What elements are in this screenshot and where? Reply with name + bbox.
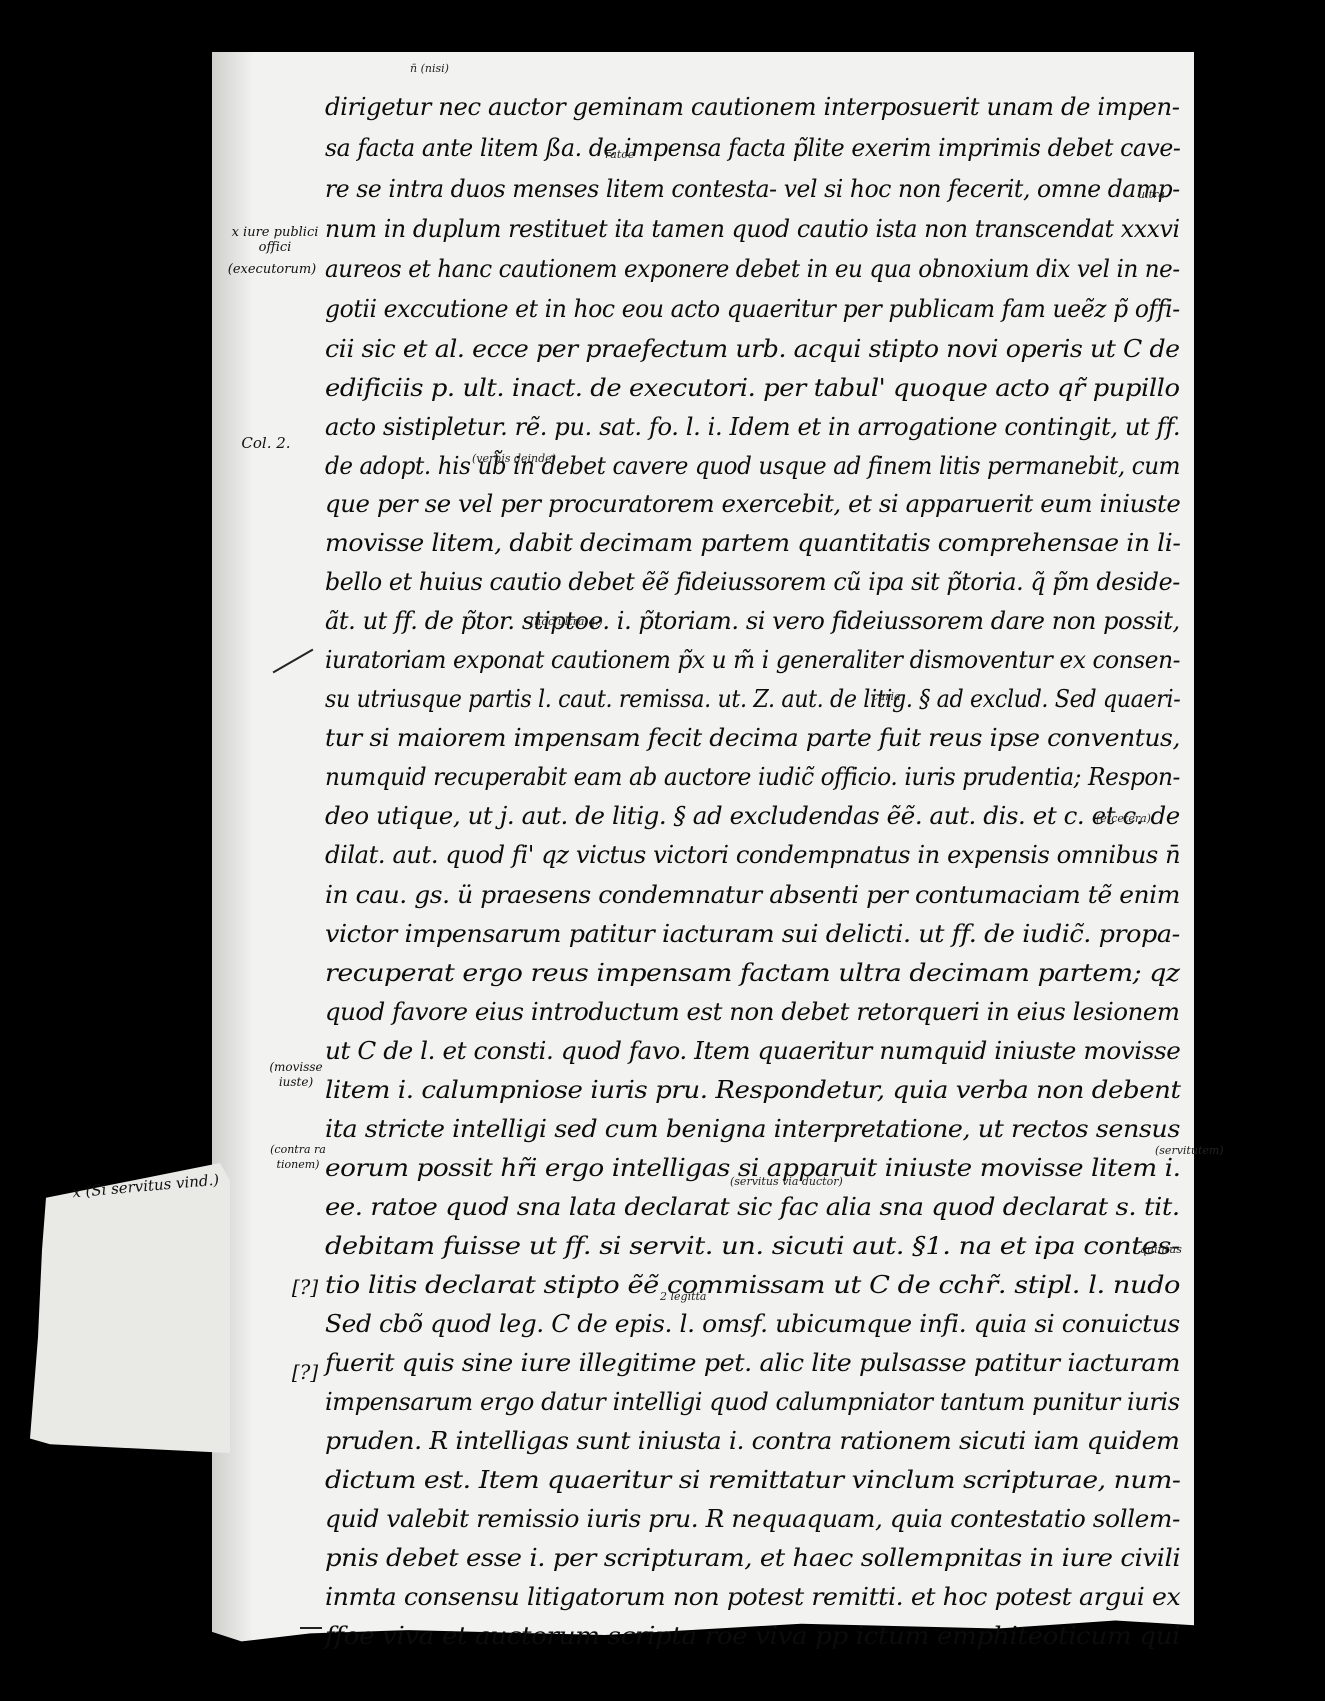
text-line: de adopt. his ub̃ in debet cavere quod u…: [325, 452, 1180, 480]
text-line: cii sic et al. ecce per praefectum urb. …: [325, 335, 1180, 363]
interlinear-gloss: ultra: [1138, 188, 1165, 201]
text-line: re se intra duos menses litem contesta- …: [325, 175, 1180, 203]
text-line: fuerit quis sine iure illegitime pet. al…: [325, 1349, 1180, 1377]
text-line: gotii exccutione et in hoc eou acto quae…: [325, 295, 1180, 323]
text-line: acto sistipletur. rẽ. pu. sat. fo. l. i.…: [325, 413, 1180, 441]
interlinear-gloss: (etcetera): [1096, 812, 1151, 825]
margin-note-query-2: [?]: [290, 1365, 320, 1380]
interlinear-gloss: (servitutem): [1155, 1144, 1224, 1157]
text-line: que per se vel per procuratorem exercebi…: [325, 490, 1180, 518]
text-line: sa facta ante litem ßa. de impensa facta…: [325, 134, 1180, 162]
interlinear-gloss: (verbis deinde): [472, 452, 556, 465]
margin-note-contra-rationem: (contra ra tionem): [268, 1142, 328, 1172]
text-line: ffoe viva et auctorum scripta roe viva p…: [325, 1622, 1180, 1650]
interlinear-gloss: (servitus via ductor): [730, 1175, 843, 1188]
text-line: litem i. calumpniose iuris pru. Responde…: [325, 1076, 1180, 1104]
interlinear-gloss: quintus: [1140, 1243, 1182, 1256]
margin-note-query-1: [?]: [290, 1280, 320, 1295]
text-line: recuperat ergo reus impensam factam ultr…: [325, 959, 1180, 987]
text-line: deo utique, ut j. aut. de litig. § ad ex…: [325, 802, 1180, 830]
margin-note-column: Col. 2.: [236, 436, 296, 451]
interlinear-gloss: curia: [872, 690, 901, 703]
text-line: pruden. R intelligas sunt iniusta i. con…: [325, 1427, 1180, 1455]
text-line: dirigetur nec auctor geminam cautionem i…: [325, 93, 1180, 121]
text-line: debitam fuisse ut ff. si servit. un. sic…: [325, 1232, 1180, 1260]
text-line: quod favore eius introductum est non deb…: [325, 998, 1180, 1026]
text-line: tio litis declarat stipto ẽẽ commissam u…: [325, 1271, 1180, 1299]
interlinear-gloss: 2 legitta: [660, 1290, 706, 1303]
text-line: numquid recuperabit eam ab auctore iudic…: [325, 763, 1180, 791]
margin-note-executorum: (executorum): [226, 262, 318, 277]
text-line: iuratoriam exponat cautionem p̃x u m̃ i …: [325, 646, 1180, 674]
text-line: Sed cbõ quod leg. C de epis. l. omsf. ub…: [325, 1310, 1180, 1338]
text-line: movisse litem, dabit decimam partem quan…: [325, 529, 1180, 557]
text-line: su utriusque partis l. caut. remissa. ut…: [325, 685, 1180, 713]
text-line: num in duplum restituet ita tamen quod c…: [325, 215, 1180, 243]
text-line: in cau. gs. ü praesens condemnatur absen…: [325, 881, 1180, 909]
margin-mark: [300, 1627, 322, 1629]
attached-paper-slip: [30, 1163, 230, 1453]
text-line: inmta consensu litigatorum non potest re…: [325, 1583, 1180, 1611]
interlinear-gloss: (hoc ultra q.): [530, 615, 603, 628]
text-line: ee. ratoe quod sna lata declarat sic fac…: [325, 1193, 1180, 1221]
text-line: pnis debet esse i. per scripturam, et ha…: [325, 1544, 1180, 1572]
interlinear-gloss: n̄ (nisi): [410, 62, 449, 75]
text-line: edificiis p. ult. inact. de executori. p…: [325, 374, 1180, 402]
text-line: ut C de l. et consti. quod favo. Item qu…: [325, 1037, 1180, 1065]
margin-note-iure-publici: x iure publici offici: [230, 225, 320, 255]
text-line: tur si maiorem impensam fecit decima par…: [325, 724, 1180, 752]
margin-note-movisse-iuste: (movisse iuste): [268, 1060, 324, 1090]
text-line: dictum est. Item quaeritur si remittatur…: [325, 1466, 1180, 1494]
text-line: ita stricte intelligi sed cum benigna in…: [325, 1115, 1180, 1143]
text-line: quid valebit remissio iuris pru. R nequa…: [325, 1505, 1180, 1533]
text-line: ãt. ut ff. de p̃tor. stiptoe. i. p̃toria…: [325, 607, 1180, 635]
text-line: dilat. aut. quod fi' qz victus victori c…: [325, 841, 1180, 869]
text-line: victor impensarum patitur iacturam sui d…: [325, 920, 1180, 948]
text-line: impensarum ergo datur intelligi quod cal…: [325, 1388, 1180, 1416]
text-line: bello et huius cautio debet ẽẽ fideiusso…: [325, 568, 1180, 596]
interlinear-gloss: ratoe: [605, 148, 634, 161]
text-line: aureos et hanc cautionem exponere debet …: [325, 255, 1180, 283]
